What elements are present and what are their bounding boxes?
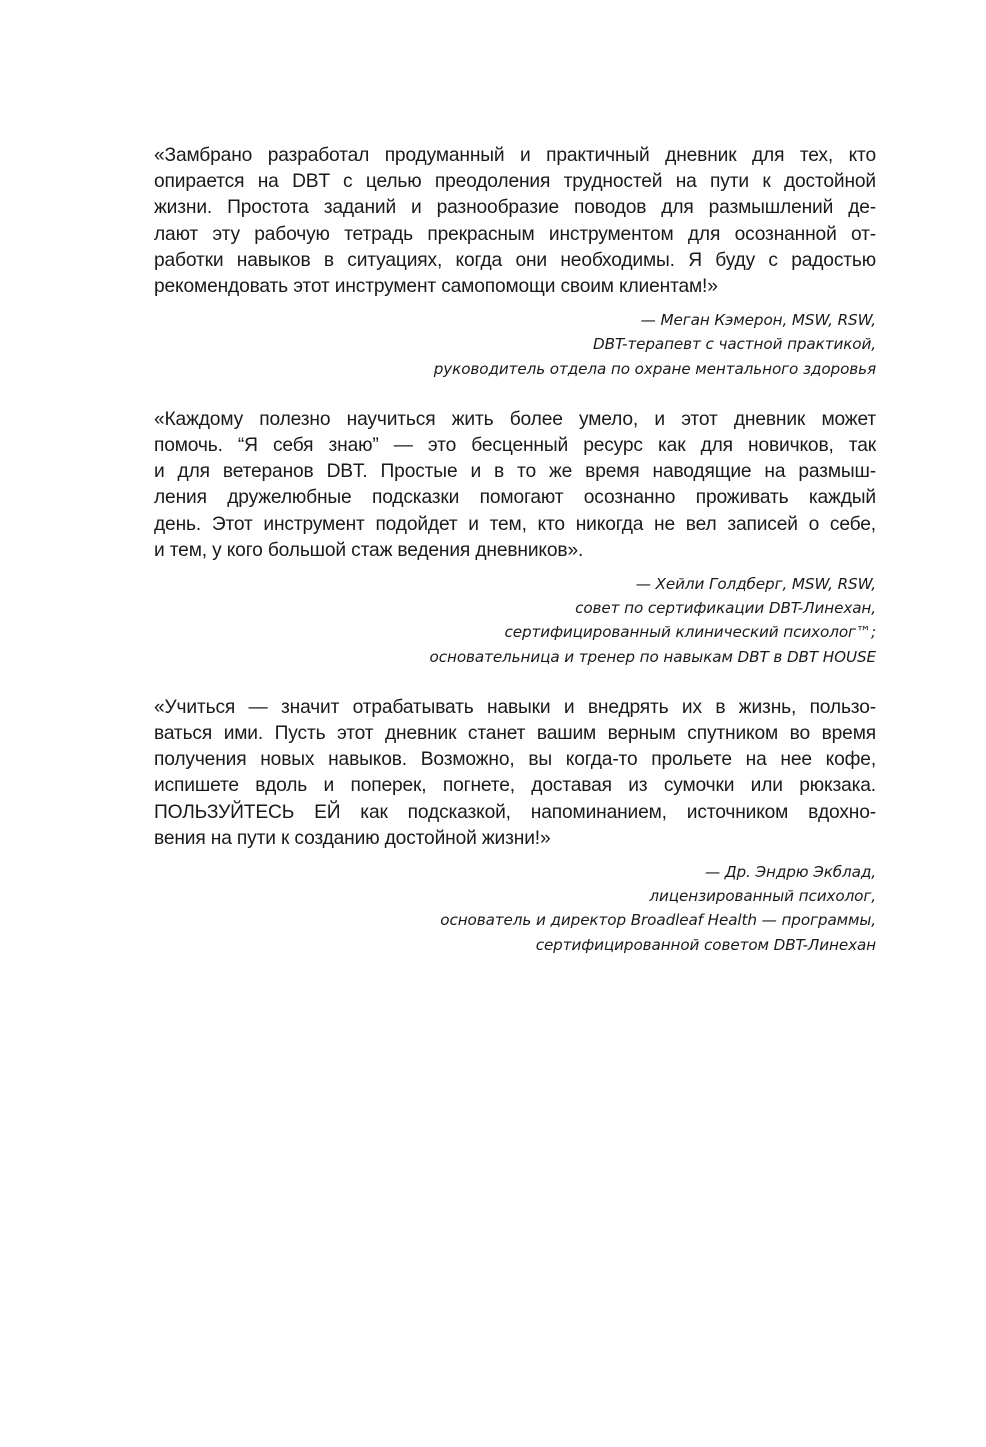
attribution-line: основательница и тренер по навыкам DBT в… [154,645,876,669]
attribution-line: совет по сертификации DBT-Линехан, [154,596,876,620]
testimonial-quote: «Учиться — значит отрабатывать навыки и … [154,695,876,852]
quote-line: ваться ими. Пусть этот дневник станет ва… [154,721,876,747]
quote-line: рекомендовать этот инструмент самопомощи… [154,274,876,300]
attribution-line: — Меган Кэмерон, MSW, RSW, [154,308,876,332]
attribution-line: DBT-терапевт с частной практикой, [154,332,876,356]
quote-line: жизни. Простота заданий и разнообразие п… [154,195,876,221]
quote-line: лают эту рабочую тетрадь прекрасным инст… [154,222,876,248]
testimonials-page: «Замбрано разработал продуманный и практ… [154,143,876,957]
testimonial-quote: «Замбрано разработал продуманный и практ… [154,143,876,300]
testimonial-goldberg: «Каждому полезно научиться жить более ум… [154,407,876,669]
quote-line: помочь. “Я себя знаю” — это бесценный ре… [154,433,876,459]
testimonial-quote: «Каждому полезно научиться жить более ум… [154,407,876,564]
quote-line: получения новых навыков. Возможно, вы ко… [154,747,876,773]
testimonial-ekblad: «Учиться — значит отрабатывать навыки и … [154,695,876,957]
attribution-line: лицензированный психолог, [154,884,876,908]
attribution-line: — Хейли Голдберг, MSW, RSW, [154,572,876,596]
testimonial-cameron: «Замбрано разработал продуманный и практ… [154,143,876,381]
quote-line: и для ветеранов DBT. Простые и в то же в… [154,459,876,485]
testimonial-attribution: — Др. Эндрю Экблад, лицензированный псих… [154,860,876,957]
quote-line: ПОЛЬЗУЙТЕСЬ ЕЙ как подсказкой, напоминан… [154,800,876,826]
attribution-line: основатель и директор Broadleaf Health —… [154,908,876,932]
testimonial-attribution: — Меган Кэмерон, MSW, RSW, DBT-терапевт … [154,308,876,381]
quote-line: работки навыков в ситуациях, когда они н… [154,248,876,274]
attribution-line: руководитель отдела по охране ментальног… [154,357,876,381]
quote-line: день. Этот инструмент подойдет и тем, кт… [154,512,876,538]
attribution-line: — Др. Эндрю Экблад, [154,860,876,884]
testimonial-attribution: — Хейли Голдберг, MSW, RSW, совет по сер… [154,572,876,669]
quote-line: ления дружелюбные подсказки помогают осо… [154,485,876,511]
attribution-line: сертифицированной советом DBT-Линехан [154,933,876,957]
quote-line: вения на пути к созданию достойной жизни… [154,826,876,852]
quote-line: «Каждому полезно научиться жить более ум… [154,407,876,433]
quote-line: испишете вдоль и поперек, погнете, доста… [154,773,876,799]
attribution-line: сертифицированный клинический психолог™; [154,620,876,644]
quote-line: «Учиться — значит отрабатывать навыки и … [154,695,876,721]
quote-line: опирается на DBT с целью преодоления тру… [154,169,876,195]
quote-line: «Замбрано разработал продуманный и практ… [154,143,876,169]
quote-line: и тем, у кого большой стаж ведения дневн… [154,538,876,564]
